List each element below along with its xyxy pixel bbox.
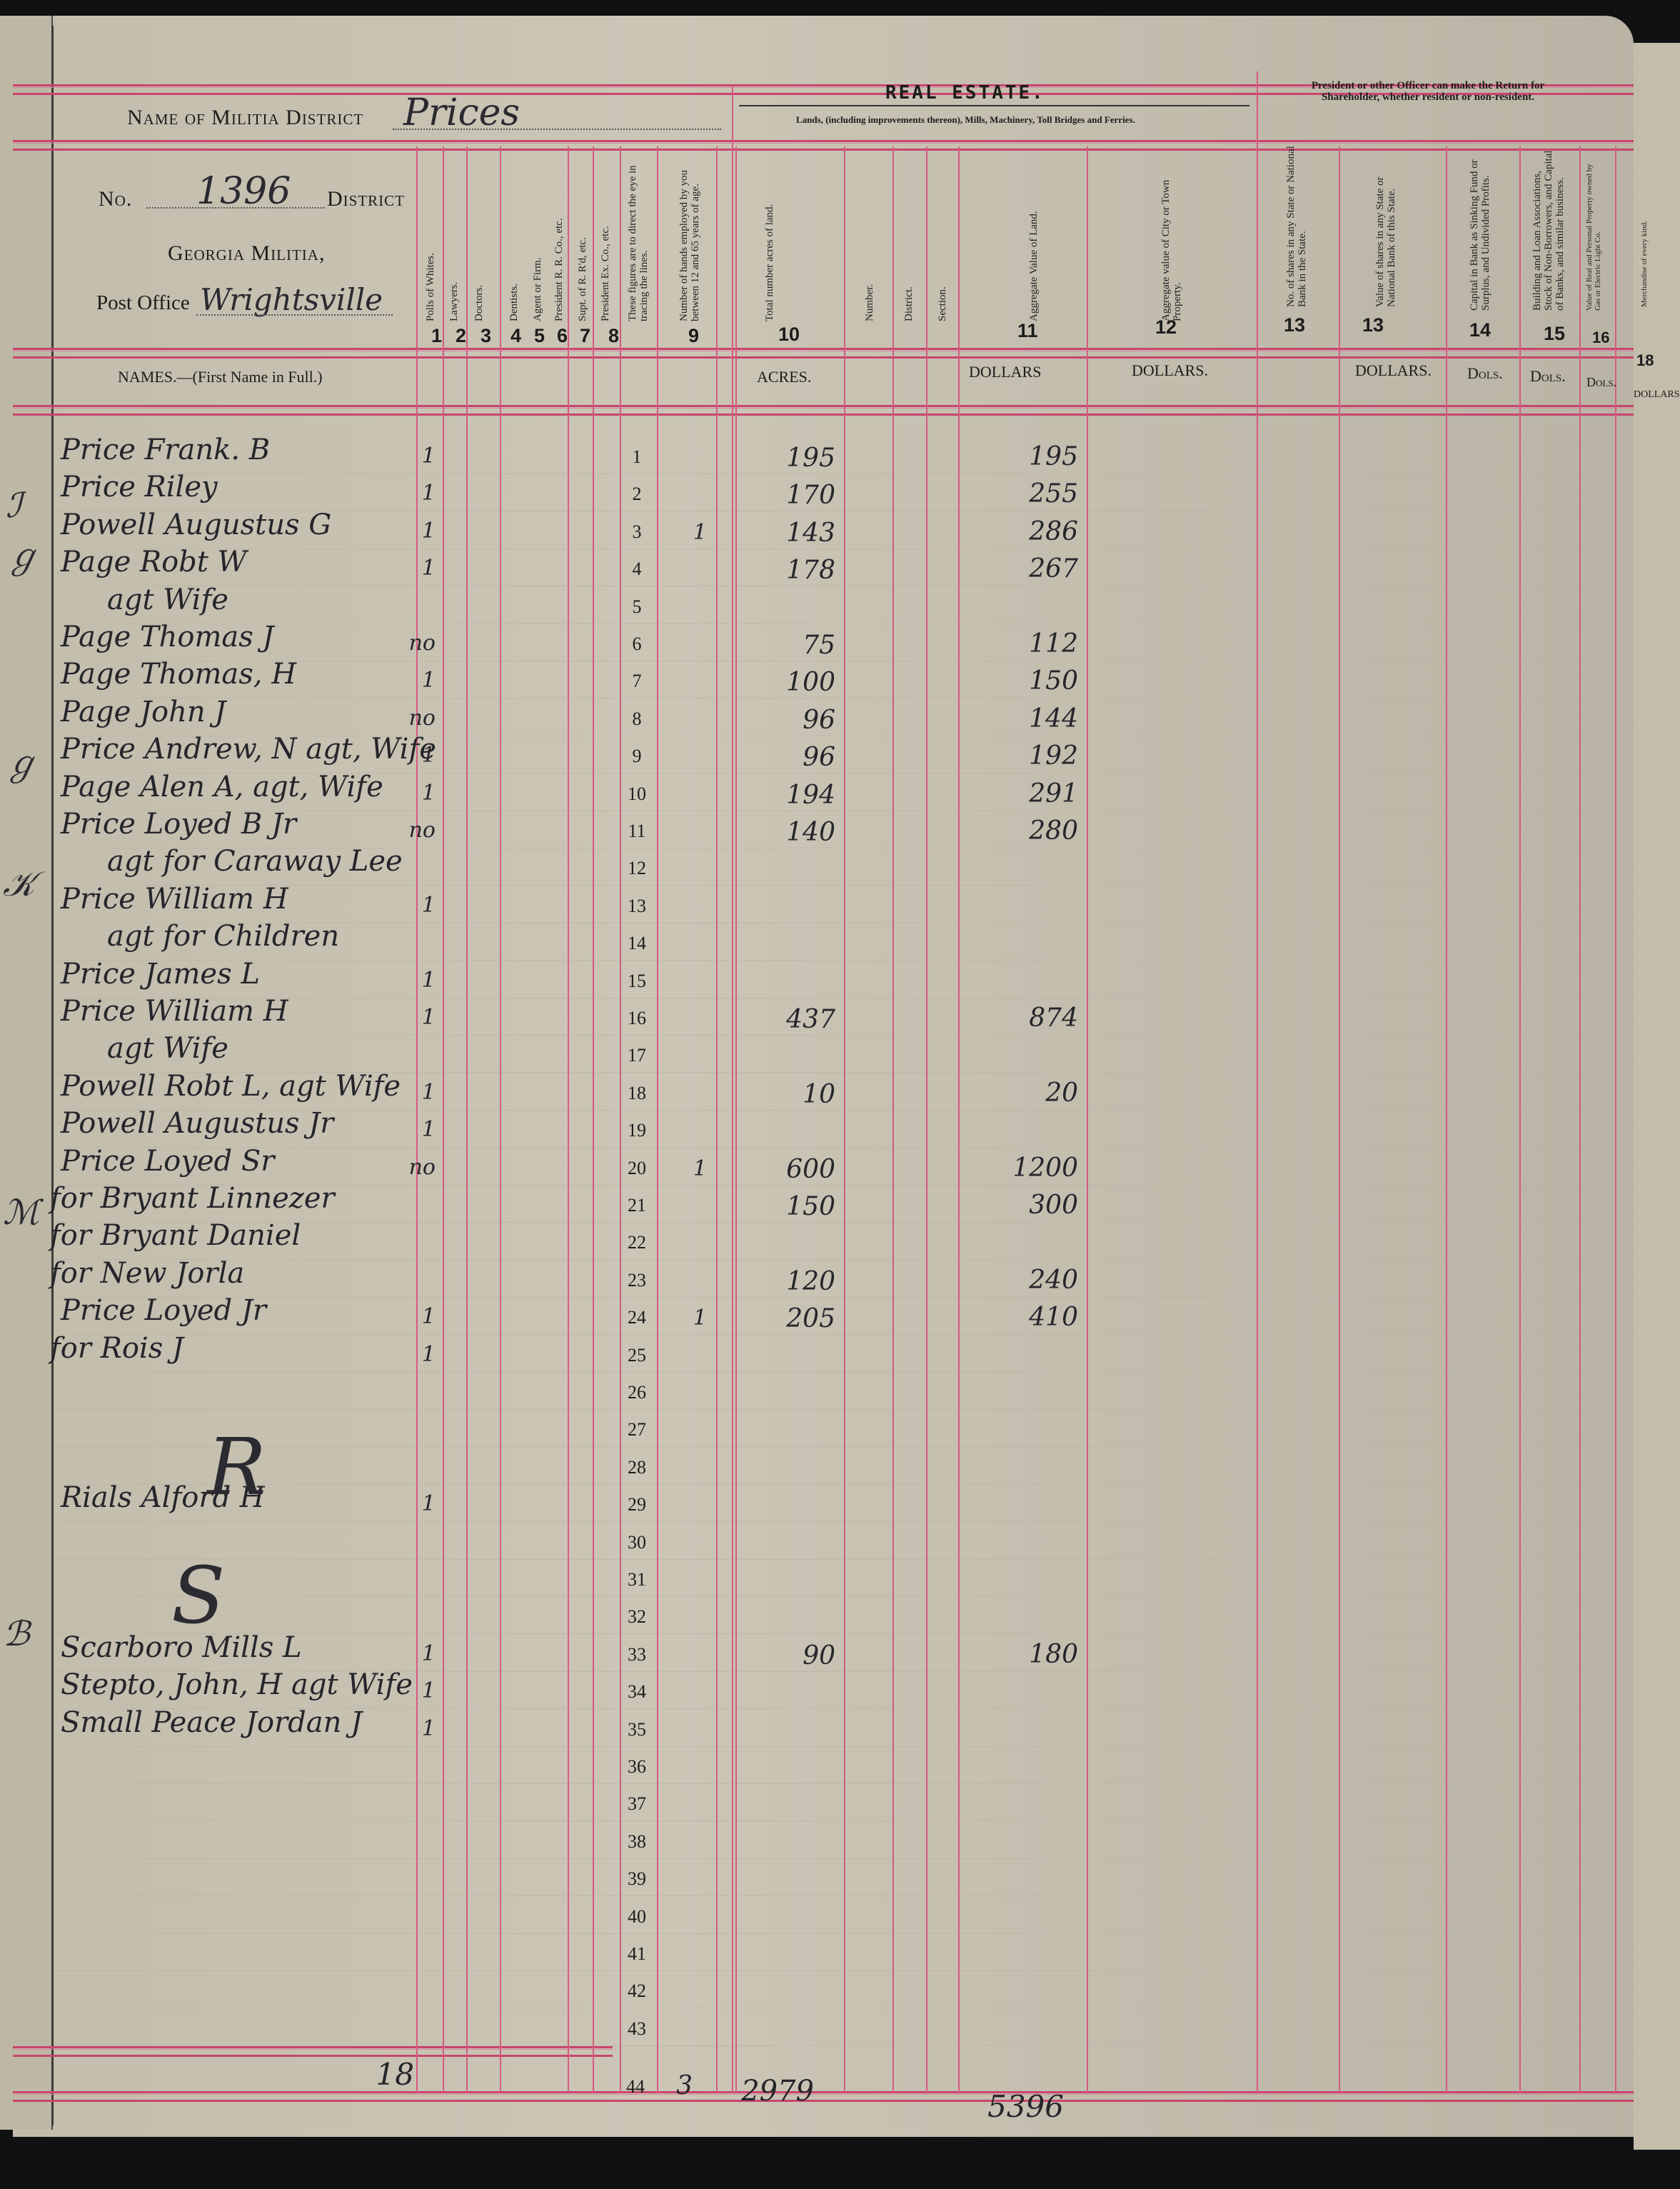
entry-name: Price Loyed B Jr [61,808,296,841]
acres-value: 170 [750,481,835,510]
entry-name: agt Wife [107,583,228,616]
line-number: 14 [615,933,658,954]
polls-value: 1 [393,893,436,918]
entry-name: Price Andrew, N agt, Wife [61,733,436,766]
acres-value: 140 [750,818,835,847]
total-hands: 3 [664,2071,693,2100]
polls-value: 1 [393,519,436,544]
land-value: 150 [985,666,1078,696]
col-divider [1615,146,1616,2093]
col-divider [1579,146,1581,2093]
entry-name: agt Wife [107,1032,228,1065]
land-value: 112 [985,629,1078,658]
line-number: 10 [615,783,658,805]
total-line-number: 44 [614,2076,657,2098]
row-guideline [54,1933,1624,1934]
polls-value: 1 [393,668,436,693]
row-guideline [54,1147,1624,1148]
acres-value: 437 [750,1005,835,1034]
col-label-doctors: Doctors. [473,179,485,321]
unit-shares-dollars: DOLLARS. [1355,361,1432,380]
margin-mark: ℊ [4,736,39,785]
col-label-section: Section. [937,236,948,321]
no-label: No. [99,187,132,211]
col-num-3: 3 [481,325,491,347]
margin-mark: ℊ [6,529,40,578]
entry-name: Price William H [61,883,288,916]
line-number: 38 [615,1831,658,1853]
acres-value: 205 [750,1304,835,1333]
col-divider [926,146,927,2093]
line-number: 6 [615,633,658,655]
polls-value: 1 [393,1080,436,1105]
district-number-dotted-line [146,207,325,209]
acres-value: 120 [750,1267,835,1296]
col-divider [892,146,894,2093]
post-office-dotted-line [196,314,393,316]
col-num-6: 6 [557,325,568,347]
unit-dols-14: Dols. [1467,364,1503,383]
total-acres: 2979 [735,2075,814,2108]
col-num-8: 8 [608,325,619,347]
line-number: 25 [615,1345,658,1366]
line-number: 19 [615,1120,658,1141]
acres-value: 143 [750,519,835,548]
col-divider [732,86,733,2093]
land-value: 291 [985,779,1078,808]
polls-value: no [393,1155,436,1180]
unit-acres: ACRES. [757,368,811,386]
col-label-hands: Number of hands employed by you between … [678,157,713,321]
line-number: 37 [615,1793,658,1815]
entry-name: for Bryant Linnezer [50,1182,335,1215]
line-number: 16 [615,1008,658,1029]
polls-value: no [393,631,436,656]
col-label-sinking-fund: Capital in Bank as Sinking Fund or Surpl… [1469,146,1504,311]
entry-name: agt for Caraway Lee [107,845,403,878]
total-rule-left [13,2046,613,2057]
col-divider [593,146,594,2093]
acres-value: 75 [750,631,835,660]
units-rule [13,405,1634,416]
entry-name: Page Robt W [61,546,247,578]
row-guideline [54,623,1624,624]
col-num-5: 5 [534,325,545,347]
margin-mark: ℳ [3,1193,39,1233]
col-divider [958,146,960,2093]
line-number: 3 [615,521,658,543]
col-num-10: 10 [778,324,800,346]
row-guideline [54,1895,1624,1896]
polls-value: 1 [393,1641,436,1666]
land-value: 410 [985,1303,1078,1332]
row-guideline [54,1484,1624,1485]
column-header-rule [13,348,1634,359]
col-label-president-ex: President Ex. Co., etc. [600,179,611,321]
row-guideline [54,1372,1624,1373]
acres-value: 600 [750,1155,835,1184]
line-number: 20 [615,1158,658,1179]
post-office-value: Wrightsville [200,282,383,317]
entry-name: Price William H [61,995,288,1028]
col-num-4: 4 [510,325,521,347]
col-divider [844,146,845,2093]
hands-value: 1 [678,1156,707,1181]
entry-name: Stepto, John, H agt Wife [61,1668,413,1701]
polls-value: no [393,706,436,731]
line-number: 18 [615,1083,658,1104]
land-value: 180 [985,1640,1078,1669]
line-number: 31 [615,1569,658,1591]
line-number: 2 [615,484,658,505]
polls-value: 1 [393,1117,436,1142]
entry-name: Powell Augustus G [61,509,331,541]
col-label-number: Number. [864,236,875,321]
polls-value: 1 [393,481,436,506]
line-number: 33 [615,1644,658,1665]
col-label-land-value: Aggregate Value of Land. [1028,171,1040,321]
col-label-bank-share-value: Value of shares in any State or National… [1374,143,1400,307]
row-guideline [54,1446,1624,1447]
polls-value: no [393,818,436,843]
entry-name: Price James L [61,958,260,991]
land-value: 874 [985,1003,1078,1033]
row-guideline [54,1409,1624,1410]
entry-name: Page Alen A, agt, Wife [61,771,383,803]
col-label-gas-electric: Value of Real and Personal Property owne… [1585,161,1612,311]
land-value: 144 [985,704,1078,733]
unit-dols-15: Dols. [1530,367,1566,386]
section-letter-r: R [207,1421,266,1513]
col-label-guide: These figures are to direct the eye in t… [627,157,651,321]
line-number: 13 [615,896,658,917]
col-num-12: 12 [1155,316,1177,339]
real-estate-title: REAL ESTATE. [885,82,1045,104]
militia-district-value: Prices [403,91,520,134]
row-guideline [54,1334,1624,1335]
polls-value: 1 [393,1491,436,1516]
entry-name: Page Thomas, H [61,658,296,691]
col-num-9: 9 [688,325,699,347]
land-value: 280 [985,816,1078,846]
acres-value: 150 [750,1192,835,1221]
entry-name: agt for Children [107,920,339,953]
col-num-16: 16 [1592,329,1609,347]
line-number: 40 [615,1906,658,1928]
district-number: 1396 [196,170,291,213]
line-number: 11 [615,821,658,842]
col-num-13a: 13 [1284,314,1305,336]
bottom-rule [13,2091,1634,2102]
row-guideline [54,2045,1624,2046]
president-note: President or other Officer can make the … [1285,80,1571,103]
acres-value: 10 [750,1080,835,1109]
col-divider [1339,146,1340,2093]
col-label-district: District. [903,236,915,321]
line-number: 22 [615,1232,658,1253]
acres-value: 178 [750,556,835,585]
row-guideline [54,1521,1624,1522]
line-number: 5 [615,596,658,618]
row-guideline [54,1820,1624,1821]
real-estate-subtitle: Lands, (including improvements thereon),… [796,114,1135,126]
col-num-14: 14 [1469,319,1491,341]
row-guideline [54,1746,1624,1747]
entry-name: Price Loyed Sr [61,1145,274,1178]
polls-value: 1 [393,1304,436,1329]
entry-name: for New Jorla [50,1257,244,1290]
line-number: 1 [615,446,658,468]
row-guideline [54,1783,1624,1784]
row-guideline [54,698,1624,698]
polls-value: 1 [393,444,436,469]
col-label-polls: Polls of Whites. [425,179,436,321]
real-estate-underline [739,105,1249,106]
line-number: 28 [615,1457,658,1478]
unit-merchandise-dollars: DOLLARS. [1634,389,1680,401]
col-label-merchandise: Merchandise of every kind. [1639,179,1653,307]
line-number: 12 [615,858,658,879]
line-number: 26 [615,1382,658,1403]
land-value: 267 [985,554,1078,583]
unit-land-dollars: DOLLARS [969,363,1041,381]
col-divider [716,146,718,2093]
row-guideline [54,998,1624,998]
col-label-town-property: Aggregate value of City or Town Property… [1160,154,1186,321]
line-number: 24 [615,1307,658,1328]
line-number: 23 [615,1270,658,1291]
col-label-dentists: Dentists. [508,179,520,321]
land-value: 195 [985,442,1078,471]
margin-mark: ℬ [3,1614,30,1654]
entry-name: Powell Augustus Jr [61,1107,333,1140]
entry-name: Powell Robt L, agt Wife [61,1070,401,1103]
line-number: 32 [615,1606,658,1628]
col-num-11: 11 [1017,320,1038,342]
post-office-label: Post Office [96,291,190,315]
line-number: 17 [615,1045,658,1066]
entry-name: Page Thomas J [61,621,274,653]
col-divider [1257,71,1258,2093]
polls-value: 1 [393,743,436,768]
entry-name: Small Peace Jordan J [61,1706,362,1739]
polls-value: 1 [393,556,436,581]
acres-value: 100 [750,668,835,697]
names-column-header: NAMES.—(First Name in Full.) [118,368,323,386]
col-num-18: 18 [1636,351,1654,370]
line-number: 9 [615,746,658,767]
entry-name: for Rois J [50,1332,183,1365]
polls-value: 1 [393,1678,436,1703]
polls-value: 1 [393,781,436,806]
col-num-7: 7 [580,325,590,347]
line-number: 7 [615,671,658,692]
row-guideline [54,1259,1624,1260]
entry-name: Price Loyed Jr [61,1294,266,1327]
unit-dols-16: Dols. [1586,375,1616,390]
unit-town-dollars: DOLLARS. [1132,361,1208,380]
line-number: 39 [615,1868,658,1890]
section-letter-s: S [171,1550,225,1641]
col-divider [1087,146,1088,2093]
georgia-militia-label: Georgia Militia, [168,241,325,266]
line-number: 30 [615,1532,658,1553]
row-guideline [54,1035,1624,1036]
acres-value: 194 [750,781,835,810]
col-label-president-rr: President R. R. Co., etc. [553,179,565,321]
col-divider [466,146,468,2093]
col-divider [1519,146,1521,2093]
acres-value: 90 [750,1641,835,1670]
line-number: 27 [615,1419,658,1441]
col-divider [568,146,569,2093]
entry-name: for Bryant Daniel [50,1219,301,1252]
total-polls: 18 [371,2057,414,2092]
line-number: 34 [615,1681,658,1703]
polls-value: 1 [393,1005,436,1030]
col-divider [735,146,737,2093]
hands-value: 1 [678,520,707,545]
total-land-value: 5396 [978,2089,1064,2124]
entry-name: Price Riley [61,471,218,504]
col-label-supt-rr: Supt. of R. R'd, etc. [577,179,588,321]
col-label-agent: Agent or Firm. [532,179,543,321]
land-value: 255 [985,479,1078,509]
row-guideline [54,1596,1624,1597]
row-guideline [54,1297,1624,1298]
hands-value: 1 [678,1306,707,1331]
line-number: 36 [615,1756,658,1778]
margin-mark: ℐ [6,486,22,526]
row-guideline [54,885,1624,886]
line-number: 15 [615,971,658,992]
col-label-building-loan: Building and Loan Associations, Stock of… [1531,150,1576,311]
row-guideline [54,586,1624,586]
row-guideline [54,1858,1624,1859]
col-num-13b: 13 [1362,314,1384,336]
entry-name: Page John J [61,696,226,728]
line-number: 21 [615,1195,658,1216]
col-num-15: 15 [1544,323,1565,345]
row-guideline [54,548,1624,549]
polls-value: 1 [393,1716,436,1741]
col-label-bank-shares: No. of shares in any State or National B… [1285,143,1311,307]
line-number: 29 [615,1494,658,1516]
page-binding-edge [0,16,53,2130]
col-label-lawyers: Lawyers. [448,179,460,321]
land-value: 192 [985,741,1078,771]
line-number: 4 [615,558,658,580]
line-number: 35 [615,1719,658,1740]
line-number: 8 [615,708,658,730]
land-value: 240 [985,1266,1078,1295]
col-num-2: 2 [456,325,466,347]
line-number: 41 [615,1943,658,1965]
polls-value: 1 [393,968,436,993]
row-guideline [54,2008,1624,2008]
col-label-acres: Total number acres of land. [764,171,775,321]
militia-district-dotted-line [393,129,721,130]
row-guideline [54,474,1624,474]
row-guideline [54,1970,1624,1971]
col-divider [500,146,501,2093]
margin-mark: 𝒦 [3,864,35,905]
col-divider [1446,146,1447,2093]
land-value: 1200 [985,1153,1078,1183]
acres-value: 96 [750,706,835,735]
col-num-1: 1 [431,325,442,347]
district-label: District [327,187,405,211]
entry-name: Price Frank. B [61,434,270,466]
col-divider [443,146,444,2093]
line-number: 42 [615,1980,658,2002]
land-value: 286 [985,517,1078,546]
acres-value: 96 [750,743,835,772]
row-guideline [54,1559,1624,1560]
land-value: 300 [985,1191,1078,1220]
row-guideline [54,960,1624,961]
polls-value: 1 [393,1342,436,1367]
land-value: 20 [985,1078,1078,1108]
line-number: 43 [615,2018,658,2040]
militia-district-label: Name of Militia District [127,106,363,130]
acres-value: 195 [750,444,835,473]
